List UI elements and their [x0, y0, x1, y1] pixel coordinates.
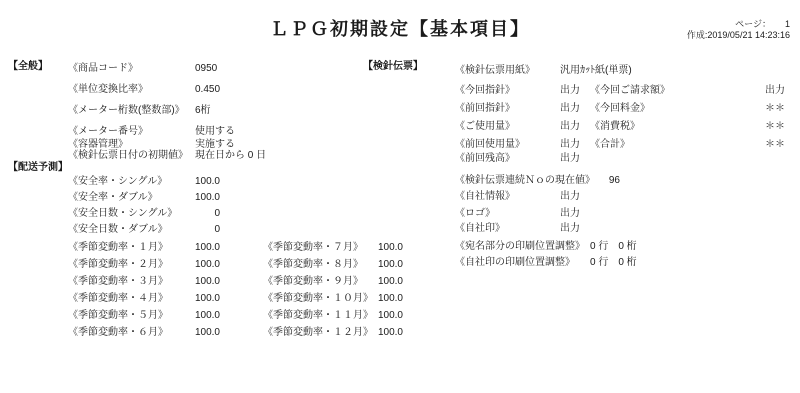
setting-label: 《前回残高》 — [455, 153, 560, 164]
setting-row-logo: 《ロゴ》 出力 — [455, 208, 785, 219]
lpg-settings-report-page: { "header": { "title": "ＬＰＧ初期設定【基本項目】", … — [0, 0, 800, 393]
setting-label: 《今回料金》 — [590, 103, 765, 114]
delivery-safety-list: 《安全率・シングル》 100.0 《安全率・ダブル》 100.0 《安全日数・シ… — [68, 176, 220, 240]
setting-value: 出力 — [560, 85, 590, 96]
setting-value: 出力 — [560, 139, 590, 150]
setting-label: 《季節変動率・１２月》 — [263, 327, 375, 338]
setting-row-company-info: 《自社情報》 出力 — [455, 191, 785, 202]
page-number-label: ページ： — [735, 19, 771, 29]
setting-label: 《合計》 — [590, 139, 765, 150]
setting-row-season-apr: 《季節変動率・４月》 100.0 — [68, 293, 220, 304]
setting-row-meter-number: 《メーター番号》 使用する — [68, 126, 266, 137]
setting-row-season-jan: 《季節変動率・１月》 100.0 — [68, 242, 220, 253]
setting-value: 現在日から 0 日 — [195, 150, 266, 161]
setting-row-safety-rate-double: 《安全率・ダブル》 100.0 — [68, 192, 220, 203]
setting-value: 実施する — [195, 139, 235, 150]
setting-value: ＊＊ — [765, 121, 785, 132]
setting-value: ＊＊ — [765, 139, 785, 150]
section-general-header: 【全般】 — [8, 57, 48, 72]
page-meta: ページ：1 作成:2019/05/21 14:23:16 — [687, 19, 790, 41]
setting-value: ＊＊ — [765, 103, 785, 114]
setting-label: 《今回ご請求額》 — [590, 85, 765, 96]
setting-label: 《季節変動率・５月》 — [68, 310, 192, 321]
season-rate-list-jan-jun: 《季節変動率・１月》 100.0 《季節変動率・２月》 100.0 《季節変動率… — [68, 242, 220, 344]
setting-label: 《メーター番号》 — [68, 126, 195, 137]
setting-value: 100.0 — [375, 293, 403, 304]
setting-value: 100.0 — [375, 259, 403, 270]
setting-row-product-code: 《商品コード》 0950 — [68, 63, 266, 74]
setting-value: 100.0 — [375, 242, 403, 253]
created-timestamp: 作成:2019/05/21 14:23:16 — [687, 30, 790, 41]
section-delivery-header: 【配送予測】 — [8, 158, 68, 173]
setting-row-season-may: 《季節変動率・５月》 100.0 — [68, 310, 220, 321]
setting-row-address-print-adjust: 《宛名部分の印刷位置調整》 0 行 0 桁 — [455, 241, 785, 252]
setting-label: 《宛名部分の印刷位置調整》 — [455, 241, 590, 252]
setting-row-slip-paper: 《検針伝票用紙》 汎用ｶｯﾄ紙(単票) — [455, 65, 785, 76]
setting-row-container-mgmt: 《容器管理》 実施する — [68, 139, 266, 150]
setting-label: 《検針伝票用紙》 — [455, 65, 560, 76]
setting-row-unit-ratio: 《単位変換比率》 0.450 — [68, 84, 266, 95]
setting-value: 出力 — [560, 121, 590, 132]
setting-row-safety-days-single: 《安全日数・シングル》 0 — [68, 208, 220, 219]
setting-label: 《季節変動率・４月》 — [68, 293, 192, 304]
setting-label: 《季節変動率・７月》 — [263, 242, 375, 253]
setting-value: 100.0 — [192, 276, 220, 287]
setting-label: 《自社印の印刷位置調整》 — [455, 257, 590, 268]
setting-row-company-seal: 《自社印》 出力 — [455, 223, 785, 234]
page-number-value: 1 — [785, 19, 790, 29]
setting-label: 《季節変動率・２月》 — [68, 259, 192, 270]
setting-row-safety-rate-single: 《安全率・シングル》 100.0 — [68, 176, 220, 187]
setting-label: 《季節変動率・６月》 — [68, 327, 192, 338]
setting-row-season-mar: 《季節変動率・３月》 100.0 — [68, 276, 220, 287]
page-number-line: ページ：1 — [687, 19, 790, 30]
setting-row-season-dec: 《季節変動率・１２月》 100.0 — [263, 327, 403, 338]
setting-value: 96 — [605, 175, 620, 186]
setting-row-season-sep: 《季節変動率・９月》 100.0 — [263, 276, 403, 287]
setting-label: 《今回指針》 — [455, 85, 560, 96]
setting-value: 0950 — [195, 63, 217, 74]
setting-row-season-feb: 《季節変動率・２月》 100.0 — [68, 259, 220, 270]
setting-row-season-jun: 《季節変動率・６月》 100.0 — [68, 327, 220, 338]
setting-label: 《前回使用量》 — [455, 139, 560, 150]
setting-row-slip-date-default: 《検針伝票日付の初期値》 現在日から 0 日 — [68, 150, 266, 161]
setting-label: 《自社情報》 — [455, 191, 560, 202]
setting-value: 6桁 — [195, 105, 211, 116]
general-settings-list: 《商品コード》 0950 《単位変換比率》 0.450 《メーター桁数(整数部)… — [68, 63, 266, 161]
setting-row-season-oct: 《季節変動率・１０月》 100.0 — [263, 293, 403, 304]
setting-value: 100.0 — [375, 310, 403, 321]
setting-label: 《季節変動率・３月》 — [68, 276, 192, 287]
setting-label: 《メーター桁数(整数部)》 — [68, 105, 195, 116]
setting-value: 出力 — [560, 191, 580, 202]
setting-value: 100.0 — [375, 327, 403, 338]
setting-label: 《季節変動率・１月》 — [68, 242, 192, 253]
setting-row-usage: 《ご使用量》 出力 《消費税》 ＊＊ — [455, 121, 785, 132]
setting-value: 100.0 — [192, 259, 220, 270]
setting-label: 《安全日数・シングル》 — [68, 208, 192, 219]
setting-value: 出力 — [560, 153, 580, 164]
setting-row-seal-print-adjust: 《自社印の印刷位置調整》 0 行 0 桁 — [455, 257, 785, 268]
setting-label: 《安全率・ダブル》 — [68, 192, 192, 203]
setting-label: 《季節変動率・１０月》 — [263, 293, 375, 304]
setting-label: 《消費税》 — [590, 121, 765, 132]
setting-label: 《季節変動率・９月》 — [263, 276, 375, 287]
setting-label: 《自社印》 — [455, 223, 560, 234]
page-title: ＬＰＧ初期設定【基本項目】 — [0, 15, 800, 41]
setting-row-previous-balance: 《前回残高》 出力 — [455, 153, 785, 164]
setting-value: 使用する — [195, 126, 235, 137]
setting-row-previous-reading: 《前回指針》 出力 《今回料金》 ＊＊ — [455, 103, 785, 114]
setting-value: 0 — [192, 208, 220, 219]
setting-value: 0 — [192, 224, 220, 235]
setting-label: 《単位変換比率》 — [68, 84, 195, 95]
setting-label: 《容器管理》 — [68, 139, 195, 150]
setting-value: 100.0 — [192, 242, 220, 253]
setting-value: 100.0 — [192, 327, 220, 338]
setting-value: 汎用ｶｯﾄ紙(単票) — [560, 65, 632, 76]
setting-value: 100.0 — [375, 276, 403, 287]
setting-label: 《安全率・シングル》 — [68, 176, 192, 187]
setting-label: 《季節変動率・１１月》 — [263, 310, 375, 321]
section-meter-slip-header: 【検針伝票】 — [363, 57, 423, 72]
setting-value: 0 行 0 桁 — [590, 241, 637, 252]
setting-label: 《季節変動率・８月》 — [263, 259, 375, 270]
setting-row-safety-days-double: 《安全日数・ダブル》 0 — [68, 224, 220, 235]
setting-label: 《検針伝票日付の初期値》 — [68, 150, 195, 161]
setting-value: 0.450 — [195, 84, 220, 95]
setting-row-season-nov: 《季節変動率・１１月》 100.0 — [263, 310, 403, 321]
setting-label: 《検針伝票連続Ｎｏの現在値》 — [455, 175, 605, 186]
setting-label: 《前回指針》 — [455, 103, 560, 114]
season-rate-list-jul-dec: 《季節変動率・７月》 100.0 《季節変動率・８月》 100.0 《季節変動率… — [263, 242, 403, 344]
setting-value: 出力 — [560, 208, 580, 219]
setting-value: 出力 — [560, 223, 580, 234]
setting-label: 《安全日数・ダブル》 — [68, 224, 192, 235]
setting-value: 100.0 — [192, 192, 220, 203]
setting-label: 《ご使用量》 — [455, 121, 560, 132]
meter-slip-settings-list: 《検針伝票用紙》 汎用ｶｯﾄ紙(単票) 《今回指針》 出力 《今回ご請求額》 出… — [455, 65, 785, 268]
setting-label: 《ロゴ》 — [455, 208, 560, 219]
setting-row-previous-usage: 《前回使用量》 出力 《合計》 ＊＊ — [455, 139, 785, 150]
setting-row-meter-digits: 《メーター桁数(整数部)》 6桁 — [68, 105, 266, 116]
setting-row-season-jul: 《季節変動率・７月》 100.0 — [263, 242, 403, 253]
setting-row-season-aug: 《季節変動率・８月》 100.0 — [263, 259, 403, 270]
setting-value: 0 行 0 桁 — [590, 257, 637, 268]
setting-row-current-reading: 《今回指針》 出力 《今回ご請求額》 出力 — [455, 85, 785, 96]
setting-value: 100.0 — [192, 310, 220, 321]
setting-label: 《商品コード》 — [68, 63, 195, 74]
setting-value: 出力 — [560, 103, 590, 114]
setting-value: 100.0 — [192, 176, 220, 187]
setting-row-slip-serial-no: 《検針伝票連続Ｎｏの現在値》 96 — [455, 175, 785, 186]
setting-value: 100.0 — [192, 293, 220, 304]
setting-value: 出力 — [765, 85, 785, 96]
